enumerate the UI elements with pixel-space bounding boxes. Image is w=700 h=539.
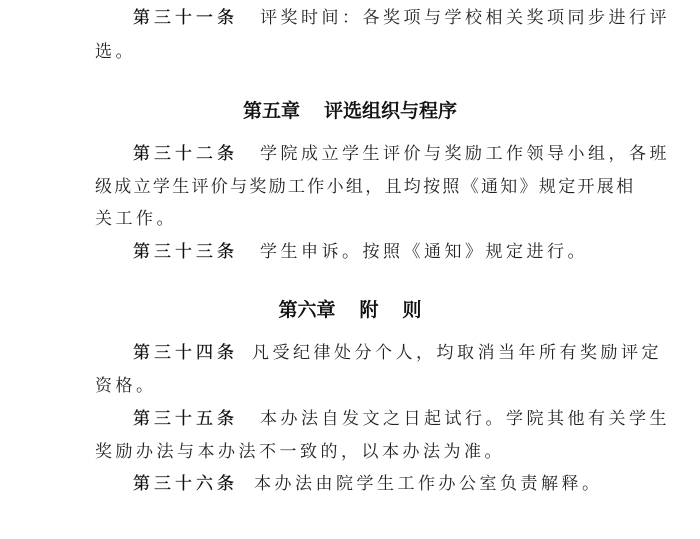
article-33: 第三十三条学生申诉。按照《通知》规定进行。 <box>0 236 700 268</box>
article-35-continuation: 奖励办法与本办法不一致的，以本办法为准。 <box>0 436 700 468</box>
article-text: 学生申诉。按照《通知》规定进行。 <box>260 242 588 262</box>
article-34: 第三十四条凡受纪律处分个人，均取消当年所有奖励评定 <box>0 337 700 369</box>
article-text: 资格。 <box>95 376 157 396</box>
chapter-5-heading: 第五章评选组织与程序 <box>0 98 700 124</box>
article-text: 评奖时间：各奖项与学校相关奖项同步进行评 <box>260 8 670 28</box>
article-text: 选。 <box>95 42 136 62</box>
article-text: 本办法自发文之日起试行。学院其他有关学生 <box>260 409 670 429</box>
article-label: 第三十一条 <box>133 8 238 28</box>
article-35: 第三十五条本办法自发文之日起试行。学院其他有关学生 <box>0 403 700 435</box>
article-32-continuation-1: 级成立学生评价与奖励工作小组，且均按照《通知》规定开展相 <box>0 171 700 203</box>
article-text: 级成立学生评价与奖励工作小组，且均按照《通知》规定开展相 <box>95 177 635 197</box>
article-text: 关工作。 <box>95 209 177 229</box>
article-text: 本办法由院学生工作办公室负责解释。 <box>254 474 603 494</box>
chapter-title-part-2: 则 <box>403 299 422 321</box>
article-label: 第三十四条 <box>133 343 238 363</box>
article-label: 第三十二条 <box>133 144 238 164</box>
article-32: 第三十二条学院成立学生评价与奖励工作领导小组，各班 <box>0 138 700 170</box>
article-text: 学院成立学生评价与奖励工作领导小组，各班 <box>260 144 670 164</box>
chapter-number: 第六章 <box>278 299 335 321</box>
article-label: 第三十五条 <box>133 409 238 429</box>
article-text: 奖励办法与本办法不一致的，以本办法为准。 <box>95 442 505 462</box>
chapter-6-heading: 第六章附则 <box>0 297 700 323</box>
article-32-continuation-2: 关工作。 <box>0 203 700 235</box>
chapter-title: 评选组织与程序 <box>324 100 457 122</box>
article-31: 第三十一条评奖时间：各奖项与学校相关奖项同步进行评 <box>0 2 700 34</box>
article-label: 第三十三条 <box>133 242 238 262</box>
article-36: 第三十六条本办法由院学生工作办公室负责解释。 <box>0 468 700 500</box>
article-label: 第三十六条 <box>133 474 238 494</box>
chapter-number: 第五章 <box>243 100 300 122</box>
article-34-continuation: 资格。 <box>0 370 700 402</box>
chapter-title-part-1: 附 <box>359 299 378 321</box>
article-text: 凡受纪律处分个人，均取消当年所有奖励评定 <box>252 343 662 363</box>
article-31-continuation: 选。 <box>0 36 700 68</box>
